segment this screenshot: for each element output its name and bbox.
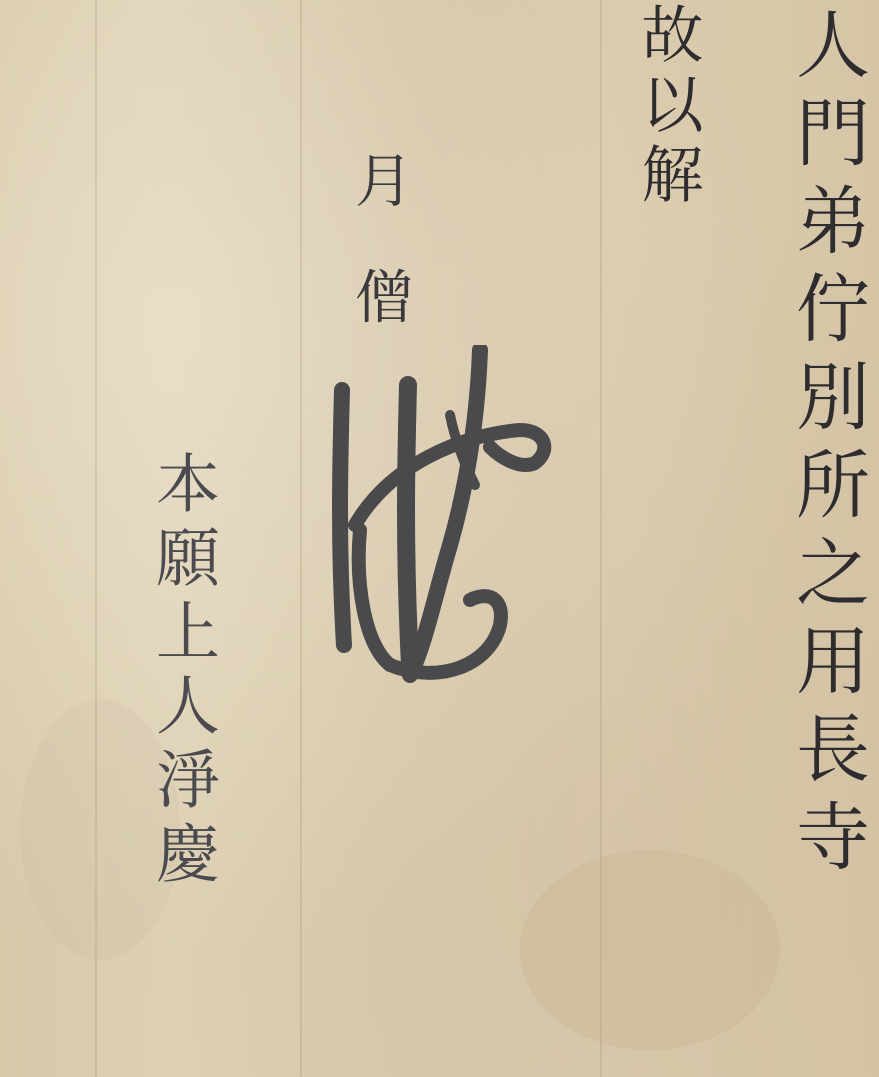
text-column-second: 故以解: [636, 2, 698, 212]
paper-fold: [300, 0, 302, 1077]
text-column-right: 人門弟佇別所之用長寺: [790, 6, 864, 886]
paper-stain: [520, 850, 780, 1050]
text-column-date: 月 僧: [350, 150, 408, 344]
kao-signature-mark: [330, 345, 560, 695]
letter-paper: 人門弟佇別所之用長寺 故以解 月 僧 本願上人淨慶: [0, 0, 879, 1077]
address-column: 本願上人淨慶: [150, 450, 214, 894]
